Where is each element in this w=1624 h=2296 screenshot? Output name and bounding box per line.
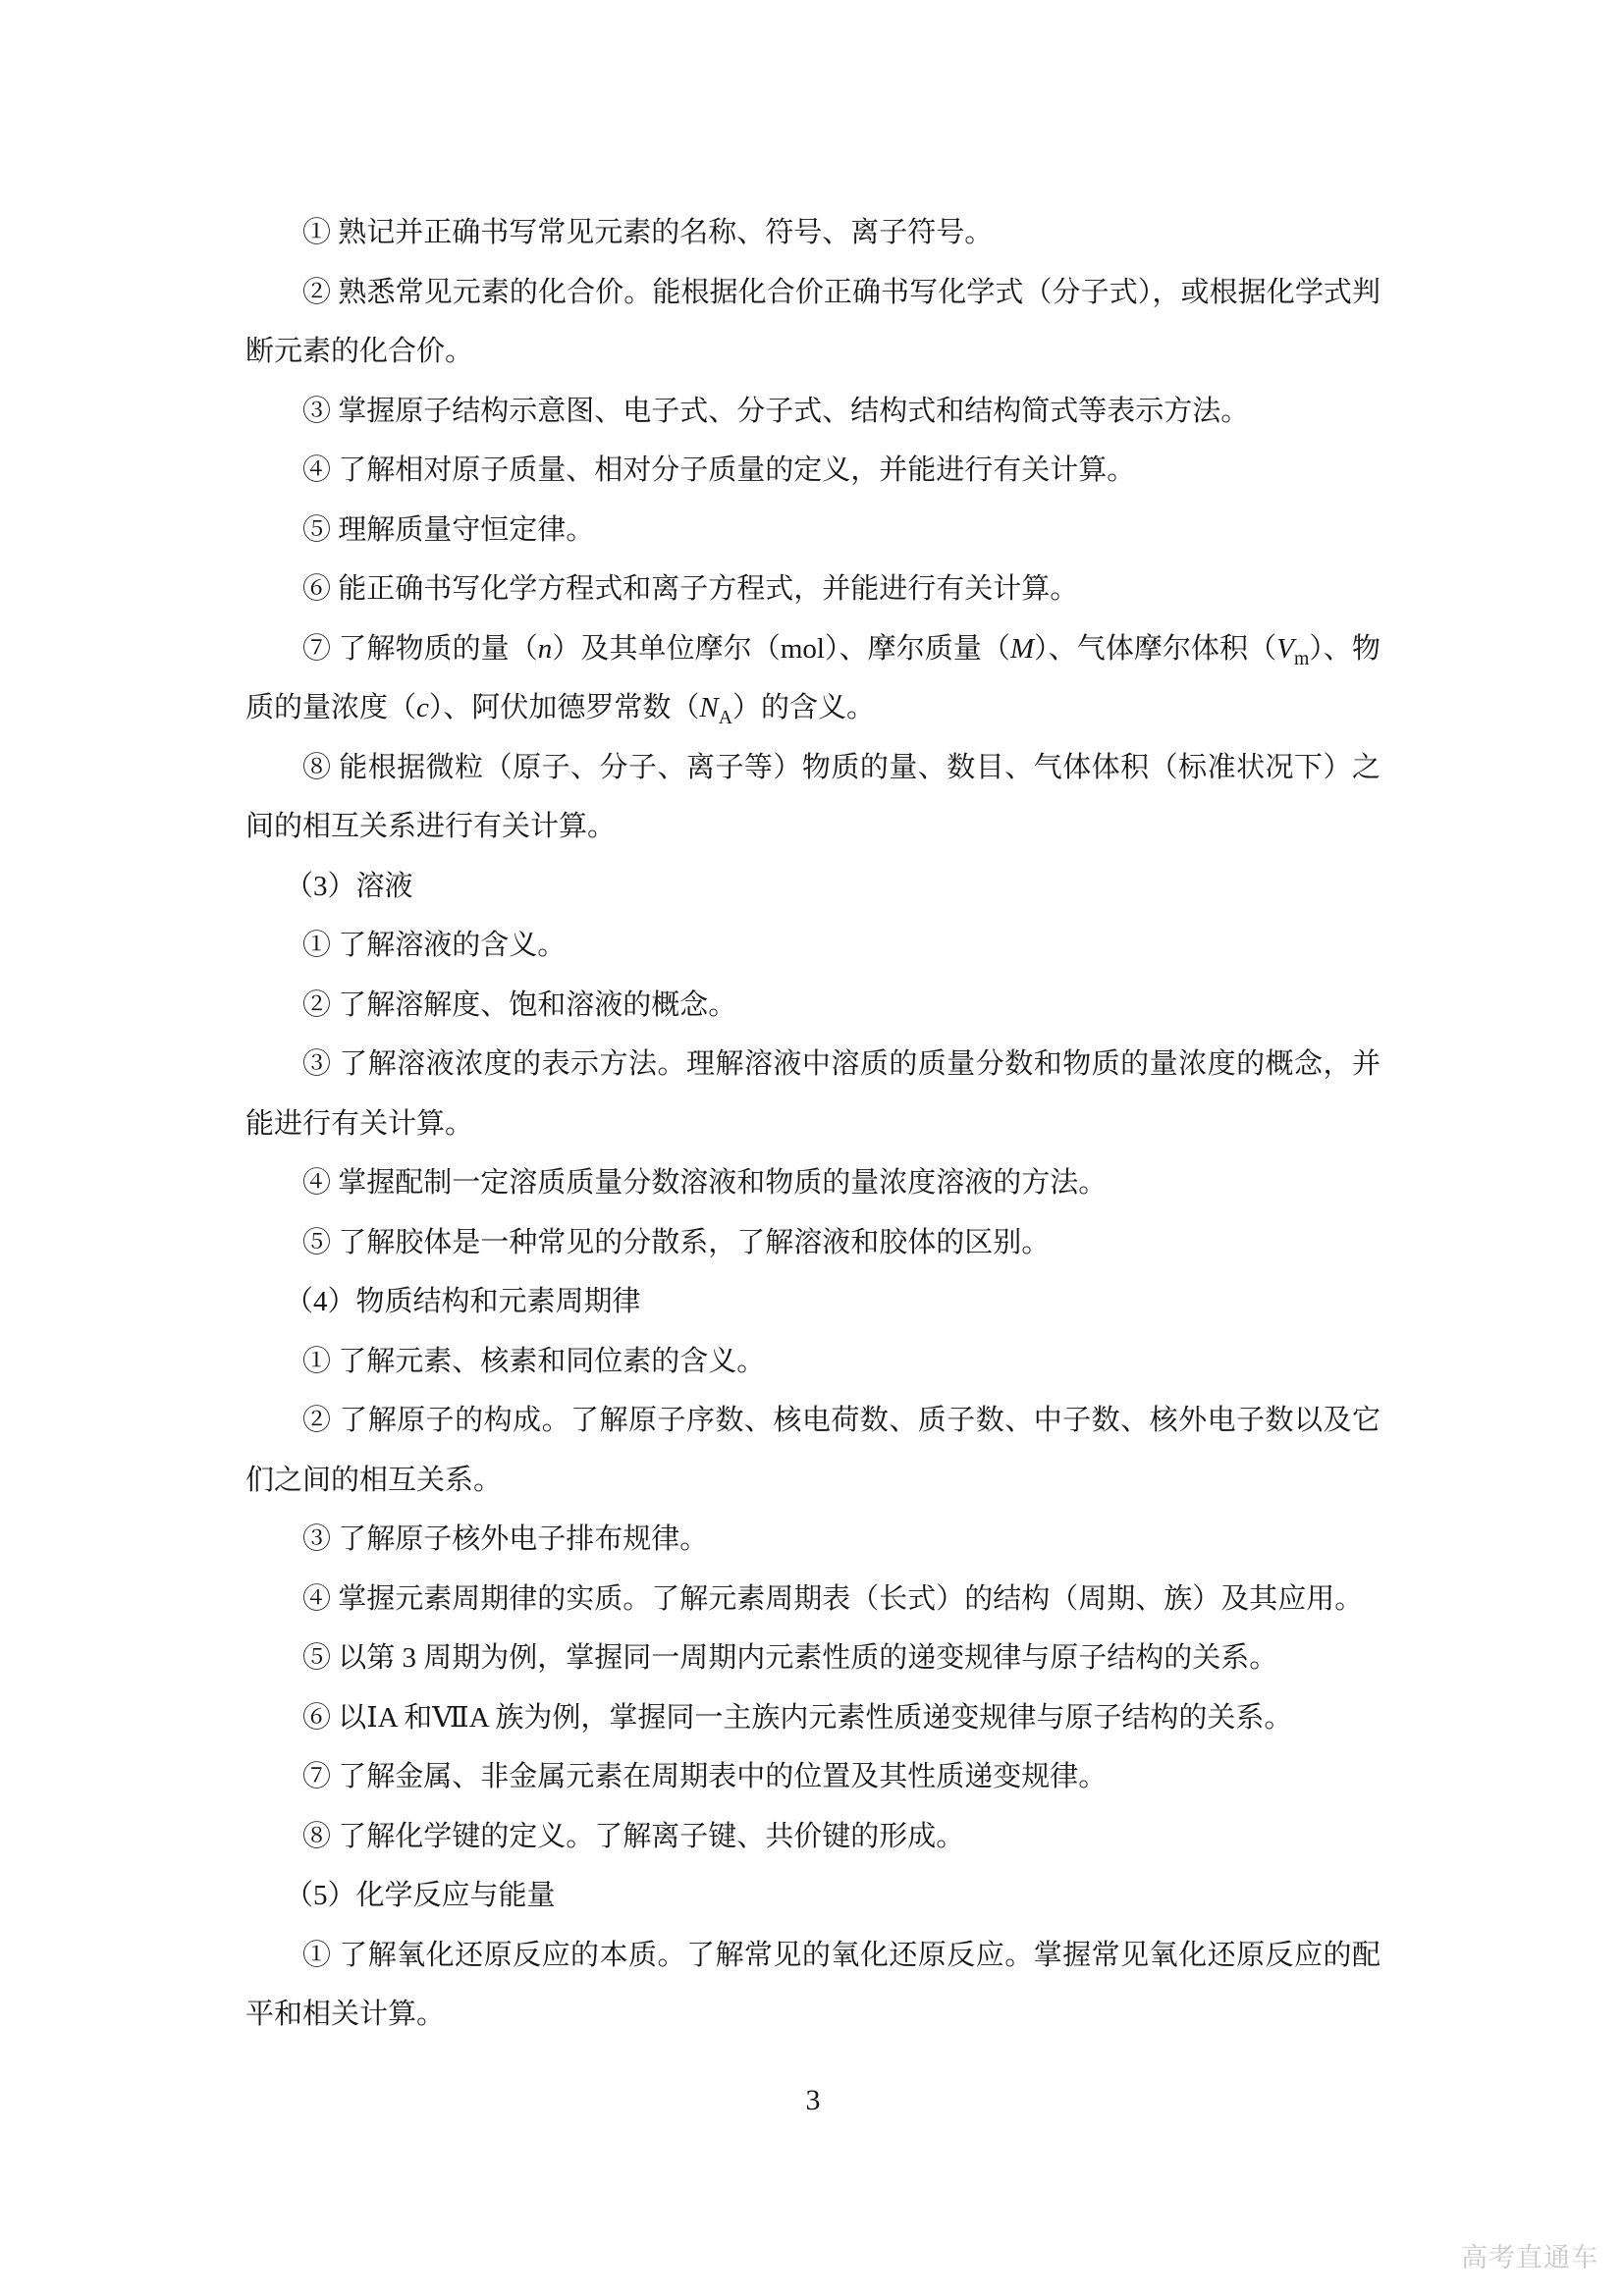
syllabus-item: ② 了解溶解度、饱和溶液的概念。 <box>245 976 1380 1036</box>
section-heading: （4）物质结构和元素周期律 <box>245 1272 1380 1332</box>
syllabus-item: ③ 了解溶液浓度的表示方法。理解溶液中溶质的质量分数和物质的量浓度的概念，并能进… <box>245 1035 1380 1153</box>
syllabus-item: ① 熟记并正确书写常见元素的名称、符号、离子符号。 <box>245 203 1380 263</box>
section-heading: （5）化学反应与能量 <box>245 1866 1380 1926</box>
document-body: ① 熟记并正确书写常见元素的名称、符号、离子符号。② 熟悉常见元素的化合价。能根… <box>245 203 1380 2045</box>
syllabus-item: ⑧ 能根据微粒（原子、分子、离子等）物质的量、数目、气体体积（标准状况下）之间的… <box>245 738 1380 857</box>
syllabus-item: ③ 了解原子核外电子排布规律。 <box>245 1510 1380 1570</box>
syllabus-item: ⑥ 以ⅠA 和ⅦA 族为例，掌握同一主族内元素性质递变规律与原子结构的关系。 <box>245 1688 1380 1748</box>
syllabus-item: ④ 了解相对原子质量、相对分子质量的定义，并能进行有关计算。 <box>245 441 1380 501</box>
syllabus-item: ③ 掌握原子结构示意图、电子式、分子式、结构式和结构简式等表示方法。 <box>245 382 1380 442</box>
syllabus-item: ① 了解元素、核素和同位素的含义。 <box>245 1332 1380 1392</box>
syllabus-item: ⑦ 了解金属、非金属元素在周期表中的位置及其性质递变规律。 <box>245 1747 1380 1807</box>
syllabus-item: ② 了解原子的构成。了解原子序数、核电荷数、质子数、中子数、核外电子数以及它们之… <box>245 1391 1380 1510</box>
syllabus-item: ⑥ 能正确书写化学方程式和离子方程式，并能进行有关计算。 <box>245 560 1380 619</box>
syllabus-item: ⑧ 了解化学键的定义。了解离子键、共价键的形成。 <box>245 1807 1380 1867</box>
watermark: 高考直通车 <box>1461 2236 1598 2274</box>
section-heading: （3）溶液 <box>245 857 1380 917</box>
syllabus-item: ② 熟悉常见元素的化合价。能根据化合价正确书写化学式（分子式），或根据化学式判断… <box>245 263 1380 382</box>
syllabus-item: ⑤ 了解胶体是一种常见的分散系，了解溶液和胶体的区别。 <box>245 1213 1380 1273</box>
syllabus-item: ① 了解溶液的含义。 <box>245 916 1380 976</box>
syllabus-item: ⑤ 理解质量守恒定律。 <box>245 501 1380 561</box>
page-number: 3 <box>245 2073 1380 2128</box>
document-page: ① 熟记并正确书写常见元素的名称、符号、离子符号。② 熟悉常见元素的化合价。能根… <box>0 0 1624 2296</box>
syllabus-item: ⑦ 了解物质的量（n）及其单位摩尔（mol）、摩尔质量（M）、气体摩尔体积（Vm… <box>245 619 1380 738</box>
syllabus-item: ① 了解氧化还原反应的本质。了解常见的氧化还原反应。掌握常见氧化还原反应的配平和… <box>245 1926 1380 2045</box>
syllabus-item: ⑤ 以第 3 周期为例，掌握同一周期内元素性质的递变规律与原子结构的关系。 <box>245 1629 1380 1688</box>
syllabus-item: ④ 掌握配制一定溶质质量分数溶液和物质的量浓度溶液的方法。 <box>245 1153 1380 1213</box>
syllabus-item: ④ 掌握元素周期律的实质。了解元素周期表（长式）的结构（周期、族）及其应用。 <box>245 1570 1380 1629</box>
